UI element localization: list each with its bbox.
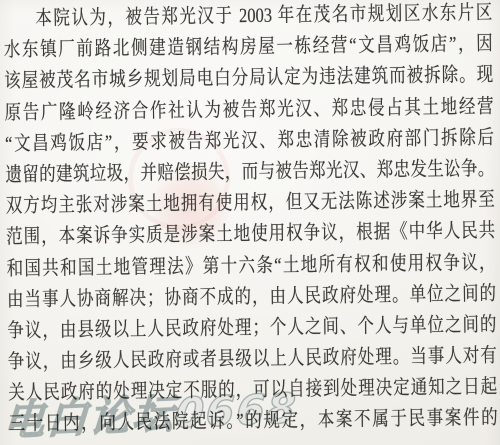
text-line-14: 三十日内，向人民法院起诉。”的规定，本案不属于民事案件的 (8, 399, 497, 443)
scanned-document-page: 本院认为，被告郑光汉于 2003 年在茂名市规划区水东片区 水东镇厂前路北侧建造… (0, 0, 500, 445)
document-text: 本院认为，被告郑光汉于 2003 年在茂名市规划区水东片区 水东镇厂前路北侧建造… (3, 0, 498, 440)
